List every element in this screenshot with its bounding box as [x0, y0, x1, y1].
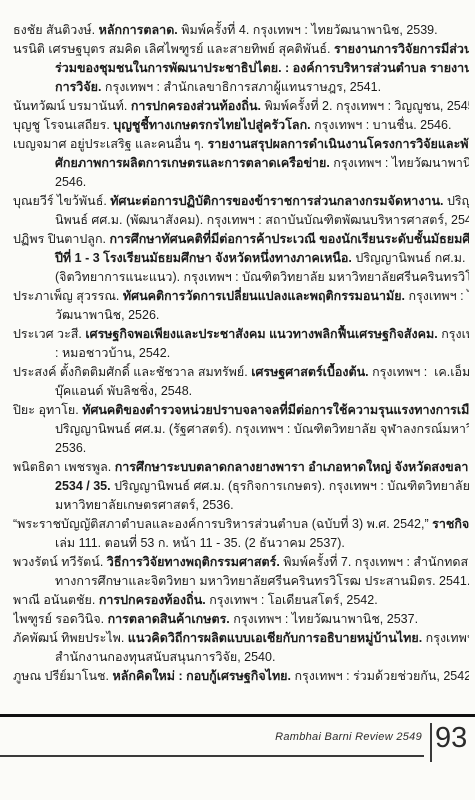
reference-title-segment: ทัศนคติของตำรวจหน่วยปราบจลาจลที่มีต่อการ…: [82, 403, 469, 417]
reference-title-segment: ร่วมของชุมชนในการพัฒนาประชาธิปไตย. : องค…: [55, 61, 469, 75]
reference-text-segment: บุณยวีร์ ไขว้พันธ์.: [13, 194, 110, 208]
reference-title-segment: ศักยภาพการผลิตการเกษตรและการตลาดเครือข่า…: [55, 156, 330, 170]
reference-text-segment: เบญจมาศ อยู่ประเสริฐ และคนอื่น ๆ.: [13, 137, 208, 151]
reference-text-segment: ธงชัย สันติวงษ์.: [13, 23, 99, 37]
reference-line: ทางการศึกษาและจิตวิทยา มหาวิทยาลัยศรีนคร…: [13, 572, 469, 591]
reference-text-segment: ปฏิพร ปินตาปลูก.: [13, 232, 109, 246]
reference-line: บุญชู โรจนเสถียร. บุญชูชี้ทางเกษตรกรไทยไ…: [13, 116, 469, 135]
reference-text-segment: พิมพ์ครั้งที่ 7. กรุงเทพฯ : สำนักทดสอบ: [280, 555, 469, 569]
reference-line: 2546.: [13, 173, 469, 192]
reference-text-segment: (จิตวิทยาการแนะแนว). กรุงเทพฯ : บัณฑิตวิ…: [55, 270, 469, 284]
reference-line: สำนักงานกองทุนสนับสนุนการวิจัย, 2540.: [13, 648, 469, 667]
reference-title-segment: การปกครองส่วนท้องถิ่น.: [131, 99, 261, 113]
reference-line: เล่ม 111. ตอนที่ 53 ก. หน้า 11 - 35. (2 …: [13, 534, 469, 553]
reference-title-segment: การวิจัย.: [55, 80, 101, 94]
reference-text-segment: : หมอชาวบ้าน, 2542.: [55, 346, 170, 360]
reference-line: การวิจัย. กรุงเทพฯ : สำนักเลขาธิการสภาผู…: [13, 78, 469, 97]
reference-text-segment: พวงรัตน์ ทวีรัตน์.: [13, 555, 107, 569]
footer-divider-line: [430, 723, 432, 762]
reference-text-segment: กรุงเทพฯ : สำนักเลขาธิการสภาผู้แทนราษฎร,…: [101, 80, 381, 94]
footer-rule-thick: [0, 714, 475, 717]
reference-line: ไพฑูรย์ รอดวินิจ. การตลาดสินค้าเกษตร. กร…: [13, 610, 469, 629]
reference-title-segment: ทัศนคติการวัดการเปลี่ยนแปลงและพฤติกรรมอน…: [123, 289, 405, 303]
reference-text-segment: ประเวศ วะสี.: [13, 327, 85, 341]
reference-title-segment: การศึกษาทัศนคติที่มีต่อการค้าประเวณี ของ…: [109, 232, 469, 246]
reference-line: วัฒนาพานิช, 2526.: [13, 306, 469, 325]
journal-title: Rambhai Barni Review 2549: [275, 731, 422, 743]
reference-text-segment: พนิตธิดา เพชรพูล.: [13, 460, 115, 474]
reference-text-segment: พิมพ์ครั้งที่ 4. กรุงเทพฯ : ไทยวัฒนาพานิ…: [178, 23, 438, 37]
reference-line: ศักยภาพการผลิตการเกษตรและการตลาดเครือข่า…: [13, 154, 469, 173]
reference-text-segment: นิพนธ์ ศศ.ม. (พัฒนาสังคม). กรุงเทพฯ : สถ…: [55, 213, 469, 227]
reference-text-segment: ไพฑูรย์ รอดวินิจ.: [13, 612, 108, 626]
reference-line: พาณี อนันตชัย. การปกครองท้องถิ่น. กรุงเท…: [13, 591, 469, 610]
page-number: 93: [435, 722, 467, 754]
reference-line: นันทวัฒน์ บรมานันท์. การปกครองส่วนท้องถิ…: [13, 97, 469, 116]
reference-text-segment: ปริญญา: [443, 194, 469, 208]
reference-line: ภูษณ ปรีย์มาโนช. หลักคิดใหม่ : กอบกู้เศร…: [13, 667, 469, 686]
reference-title-segment: บุญชูชี้ทางเกษตรกรไทยไปสู่ครัวโลก.: [113, 118, 310, 132]
reference-text-segment: 2546.: [55, 175, 86, 189]
reference-text-segment: “พระราชบัญญัติสภาตำบลและองค์การบริหารส่ว…: [13, 517, 432, 531]
reference-text-segment: สำนักงานกองทุนสนับสนุนการวิจัย, 2540.: [55, 650, 275, 664]
reference-text-segment: ประภาเพ็ญ สุวรรณ.: [13, 289, 123, 303]
reference-title-segment: รายงานสรุปผลการดำเนินงานโครงการวิจัยและพ…: [208, 137, 469, 151]
reference-text-segment: 2536.: [55, 441, 86, 455]
reference-title-segment: ทัศนะต่อการปฏิบัติการของข้าราชการส่วนกลา…: [110, 194, 443, 208]
bibliography: ธงชัย สันติวงษ์. หลักการตลาด. พิมพ์ครั้ง…: [13, 21, 469, 686]
reference-line: ประเวศ วะสี. เศรษฐกิจพอเพียงและประชาสังค…: [13, 325, 469, 344]
reference-line: ปิยะ อุทาโย. ทัศนคติของตำรวจหน่วยปราบจลา…: [13, 401, 469, 420]
reference-line: ธงชัย สันติวงษ์. หลักการตลาด. พิมพ์ครั้ง…: [13, 21, 469, 40]
reference-text-segment: กรุงเทพฯ: [438, 327, 469, 341]
reference-title-segment: หลักการตลาด.: [99, 23, 178, 37]
reference-line: ภัคพัฒน์ ทิพยประไพ. แนวคิดวิถีการผลิตแบบ…: [13, 629, 469, 648]
reference-title-segment: ราชกิจจานุเบกษา.: [432, 517, 469, 531]
reference-title-segment: แนวคิดวิถีการผลิตแบบเอเชียกับการอธิบายหม…: [128, 631, 422, 645]
reference-text-segment: นรนิติ เศรษฐบุตร สมคิด เลิศไพฑูรย์ และสา…: [13, 42, 334, 56]
reference-line: มหาวิทยาลัยเกษตรศาสตร์, 2536.: [13, 496, 469, 515]
reference-text-segment: พาณี อนันตชัย.: [13, 593, 99, 607]
reference-line: บุ๊คแอนด์ พับลิชชิ่ง, 2548.: [13, 382, 469, 401]
reference-line: (จิตวิทยาการแนะแนว). กรุงเทพฯ : บัณฑิตวิ…: [13, 268, 469, 287]
reference-text-segment: ปริญญานิพนธ์ ศศ.ม. (รัฐศาสตร์). กรุงเทพฯ…: [55, 422, 469, 436]
reference-text-segment: วัฒนาพานิช, 2526.: [55, 308, 159, 322]
reference-text-segment: กรุงเทพฯ : ไทยวัฒนาพานิช,: [330, 156, 469, 170]
reference-text-segment: กรุงเทพฯ : ไทย: [405, 289, 469, 303]
reference-text-segment: กรุงเทพฯ : บานชื่น. 2546.: [311, 118, 452, 132]
reference-title-segment: 2534 / 35.: [55, 479, 111, 493]
reference-title-segment: การปกครองท้องถิ่น.: [99, 593, 206, 607]
reference-text-segment: นันทวัฒน์ บรมานันท์.: [13, 99, 131, 113]
reference-text-segment: ปริญญานิพนธ์ ศศ.ม. (ธุรกิจการเกษตร). กรุ…: [111, 479, 469, 493]
reference-line: ร่วมของชุมชนในการพัฒนาประชาธิปไตย. : องค…: [13, 59, 469, 78]
reference-text-segment: บุ๊คแอนด์ พับลิชชิ่ง, 2548.: [55, 384, 192, 398]
reference-text-segment: เล่ม 111. ตอนที่ 53 ก. หน้า 11 - 35. (2 …: [55, 536, 345, 550]
reference-text-segment: กรุงเทพฯ :: [422, 631, 469, 645]
reference-title-segment: ปีที่ 1 - 3 โรงเรียนมัธยมศึกษา จังหวัดหน…: [55, 251, 352, 265]
reference-line: 2536.: [13, 439, 469, 458]
reference-line: เบญจมาศ อยู่ประเสริฐ และคนอื่น ๆ. รายงาน…: [13, 135, 469, 154]
reference-line: ประภาเพ็ญ สุวรรณ. ทัศนคติการวัดการเปลี่ย…: [13, 287, 469, 306]
reference-title-segment: เศรษฐศาสตร์เบื้องต้น.: [251, 365, 368, 379]
reference-text-segment: บุญชู โรจนเสถียร.: [13, 118, 113, 132]
document-page: ธงชัย สันติวงษ์. หลักการตลาด. พิมพ์ครั้ง…: [0, 0, 475, 800]
reference-line: ปริญญานิพนธ์ ศศ.ม. (รัฐศาสตร์). กรุงเทพฯ…: [13, 420, 469, 439]
reference-title-segment: การศึกษาระบบตลาดกลางยางพารา อำเภอหาดใหญ่…: [115, 460, 469, 474]
reference-text-segment: ภัคพัฒน์ ทิพยประไพ.: [13, 631, 128, 645]
reference-text-segment: พิมพ์ครั้งที่ 2. กรุงเทพฯ : วิญญูชน, 254…: [261, 99, 469, 113]
reference-line: ปฏิพร ปินตาปลูก. การศึกษาทัศนคติที่มีต่อ…: [13, 230, 469, 249]
reference-line: นิพนธ์ ศศ.ม. (พัฒนาสังคม). กรุงเทพฯ : สถ…: [13, 211, 469, 230]
footer-rule-thin: [0, 755, 424, 757]
reference-title-segment: หลักคิดใหม่ : กอบกู้เศรษฐกิจไทย.: [112, 669, 291, 683]
reference-text-segment: ประสงค์ ตั้งกิตติมศักดิ์ และชัชวาล สมทรั…: [13, 365, 251, 379]
reference-line: : หมอชาวบ้าน, 2542.: [13, 344, 469, 363]
reference-title-segment: รายงานการวิจัยการมีส่วน: [334, 42, 469, 56]
reference-line: นรนิติ เศรษฐบุตร สมคิด เลิศไพฑูรย์ และสา…: [13, 40, 469, 59]
reference-text-segment: มหาวิทยาลัยเกษตรศาสตร์, 2536.: [55, 498, 234, 512]
reference-text-segment: ปิยะ อุทาโย.: [13, 403, 82, 417]
reference-text-segment: กรุงเทพฯ : เค.เอ็ม: [369, 365, 469, 379]
reference-text-segment: ภูษณ ปรีย์มาโนช.: [13, 669, 112, 683]
reference-text-segment: กรุงเทพฯ : ไทยวัฒนาพานิช, 2537.: [230, 612, 418, 626]
reference-title-segment: วิธีการวิจัยทางพฤติกรรมศาสตร์.: [107, 555, 280, 569]
reference-text-segment: กรุงเทพฯ : ร่วมด้วยช่วยกัน, 2542.: [291, 669, 469, 683]
reference-text-segment: ทางการศึกษาและจิตวิทยา มหาวิทยาลัยศรีนคร…: [55, 574, 469, 588]
reference-line: ปีที่ 1 - 3 โรงเรียนมัธยมศึกษา จังหวัดหน…: [13, 249, 469, 268]
reference-line: พวงรัตน์ ทวีรัตน์. วิธีการวิจัยทางพฤติกร…: [13, 553, 469, 572]
reference-line: 2534 / 35. ปริญญานิพนธ์ ศศ.ม. (ธุรกิจการ…: [13, 477, 469, 496]
reference-title-segment: เศรษฐกิจพอเพียงและประชาสังคม แนวทางพลิกฟ…: [85, 327, 437, 341]
reference-line: ประสงค์ ตั้งกิตติมศักดิ์ และชัชวาล สมทรั…: [13, 363, 469, 382]
reference-title-segment: การตลาดสินค้าเกษตร.: [108, 612, 230, 626]
reference-line: พนิตธิดา เพชรพูล. การศึกษาระบบตลาดกลางยา…: [13, 458, 469, 477]
reference-text-segment: ปริญญานิพนธ์ กศ.ม.: [352, 251, 466, 265]
reference-line: “พระราชบัญญัติสภาตำบลและองค์การบริหารส่ว…: [13, 515, 469, 534]
reference-line: บุณยวีร์ ไขว้พันธ์. ทัศนะต่อการปฏิบัติกา…: [13, 192, 469, 211]
reference-text-segment: กรุงเทพฯ : โอเดียนสโตร์, 2542.: [206, 593, 378, 607]
